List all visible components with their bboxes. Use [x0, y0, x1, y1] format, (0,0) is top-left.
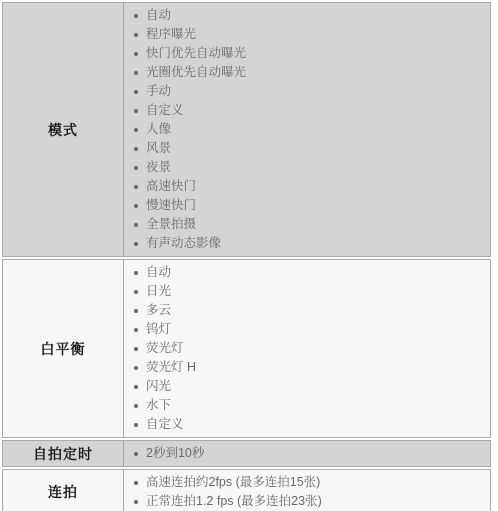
list-item-text: 全景拍摄 [146, 217, 196, 231]
bullet-icon [134, 242, 138, 246]
bullet-icon [134, 14, 138, 18]
table-row-self-timer: 自拍定时 2秒到10秒 [2, 440, 491, 467]
list-item-text: 日光 [146, 284, 171, 298]
list-item: 自定义 [124, 415, 484, 434]
bullet-icon [134, 185, 138, 189]
row-content-mode: 自动 程序曝光 快门优先自动曝光 光圈优先自动曝光 手动 自定义 人像 风景 夜… [124, 3, 490, 256]
list-item-text: 高速连拍约2fps (最多连拍15张) [146, 475, 320, 489]
list-item-text: 水下 [146, 398, 171, 412]
row-content-white-balance: 自动 日光 多云 钨灯 荧光灯 荧光灯 H 闪光 水下 自定义 [124, 260, 490, 437]
bullet-icon [134, 423, 138, 427]
list-item: 高速快门 [124, 177, 484, 196]
list-item-text: 光圈优先自动曝光 [146, 65, 246, 79]
list-item-text: 2秒到10秒 [146, 446, 204, 460]
table-row-continuous-shooting: 连拍 高速连拍约2fps (最多连拍15张) 正常连拍1.2 fps (最多连拍… [2, 469, 491, 511]
list-item-text: 夜景 [146, 160, 171, 174]
bullet-icon [134, 481, 138, 485]
white-balance-list: 自动 日光 多云 钨灯 荧光灯 荧光灯 H 闪光 水下 自定义 [124, 263, 484, 434]
list-item: 自动 [124, 6, 484, 25]
list-item: 闪光 [124, 377, 484, 396]
list-item: 钨灯 [124, 320, 484, 339]
bullet-icon [134, 500, 138, 504]
list-item-text: 荧光灯 H [146, 360, 196, 374]
list-item: 风景 [124, 139, 484, 158]
list-item: 2秒到10秒 [124, 444, 484, 463]
list-item-text: 程序曝光 [146, 27, 196, 41]
bullet-icon [134, 385, 138, 389]
list-item-text: 自动 [146, 265, 171, 279]
list-item: 人像 [124, 120, 484, 139]
list-item-text: 有声动态影像 [146, 236, 221, 250]
list-item-text: 慢速快门 [146, 198, 196, 212]
bullet-icon [134, 128, 138, 132]
list-item-text: 荧光灯 [146, 341, 184, 355]
list-item: 有声动态影像 [124, 234, 484, 253]
list-item-text: 高速快门 [146, 179, 196, 193]
list-item: 正常连拍1.2 fps (最多连拍23张) [124, 492, 484, 511]
list-item: 水下 [124, 396, 484, 415]
list-item-text: 自定义 [146, 417, 184, 431]
list-item: 程序曝光 [124, 25, 484, 44]
row-header-continuous-shooting: 连拍 [3, 470, 124, 511]
bullet-icon [134, 271, 138, 275]
list-item: 手动 [124, 82, 484, 101]
list-item-text: 闪光 [146, 379, 171, 393]
list-item-text: 自定义 [146, 103, 184, 117]
list-item: 夜景 [124, 158, 484, 177]
list-item-text: 钨灯 [146, 322, 171, 336]
list-item-text: 手动 [146, 84, 171, 98]
list-item: 自定义 [124, 101, 484, 120]
table-row-mode: 模式 自动 程序曝光 快门优先自动曝光 光圈优先自动曝光 手动 自定义 人像 风… [2, 2, 491, 257]
list-item: 快门优先自动曝光 [124, 44, 484, 63]
bullet-icon [134, 52, 138, 56]
list-item: 光圈优先自动曝光 [124, 63, 484, 82]
camera-spec-table: 模式 自动 程序曝光 快门优先自动曝光 光圈优先自动曝光 手动 自定义 人像 风… [2, 2, 491, 511]
bullet-icon [134, 347, 138, 351]
bullet-icon [134, 166, 138, 170]
bullet-icon [134, 90, 138, 94]
bullet-icon [134, 147, 138, 151]
bullet-icon [134, 109, 138, 113]
mode-list: 自动 程序曝光 快门优先自动曝光 光圈优先自动曝光 手动 自定义 人像 风景 夜… [124, 6, 484, 253]
list-item: 全景拍摄 [124, 215, 484, 234]
bullet-icon [134, 452, 138, 456]
list-item: 高速连拍约2fps (最多连拍15张) [124, 473, 484, 492]
bullet-icon [134, 33, 138, 37]
bullet-icon [134, 223, 138, 227]
bullet-icon [134, 71, 138, 75]
list-item-text: 多云 [146, 303, 171, 317]
list-item: 荧光灯 H [124, 358, 484, 377]
bullet-icon [134, 204, 138, 208]
list-item-text: 风景 [146, 141, 171, 155]
bullet-icon [134, 404, 138, 408]
bullet-icon [134, 328, 138, 332]
list-item-text: 自动 [146, 8, 171, 22]
row-content-continuous-shooting: 高速连拍约2fps (最多连拍15张) 正常连拍1.2 fps (最多连拍23张… [124, 470, 490, 511]
row-content-self-timer: 2秒到10秒 [124, 441, 490, 466]
bullet-icon [134, 366, 138, 370]
bullet-icon [134, 290, 138, 294]
list-item-text: 快门优先自动曝光 [146, 46, 246, 60]
row-header-white-balance: 白平衡 [3, 260, 124, 437]
row-header-self-timer: 自拍定时 [3, 441, 124, 466]
self-timer-list: 2秒到10秒 [124, 444, 484, 463]
list-item: 日光 [124, 282, 484, 301]
list-item-text: 正常连拍1.2 fps (最多连拍23张) [146, 494, 322, 508]
list-item: 多云 [124, 301, 484, 320]
list-item: 自动 [124, 263, 484, 282]
table-row-white-balance: 白平衡 自动 日光 多云 钨灯 荧光灯 荧光灯 H 闪光 水下 自定义 [2, 259, 491, 438]
bullet-icon [134, 309, 138, 313]
row-header-mode: 模式 [3, 3, 124, 256]
list-item-text: 人像 [146, 122, 171, 136]
list-item: 慢速快门 [124, 196, 484, 215]
list-item: 荧光灯 [124, 339, 484, 358]
continuous-shooting-list: 高速连拍约2fps (最多连拍15张) 正常连拍1.2 fps (最多连拍23张… [124, 473, 484, 511]
